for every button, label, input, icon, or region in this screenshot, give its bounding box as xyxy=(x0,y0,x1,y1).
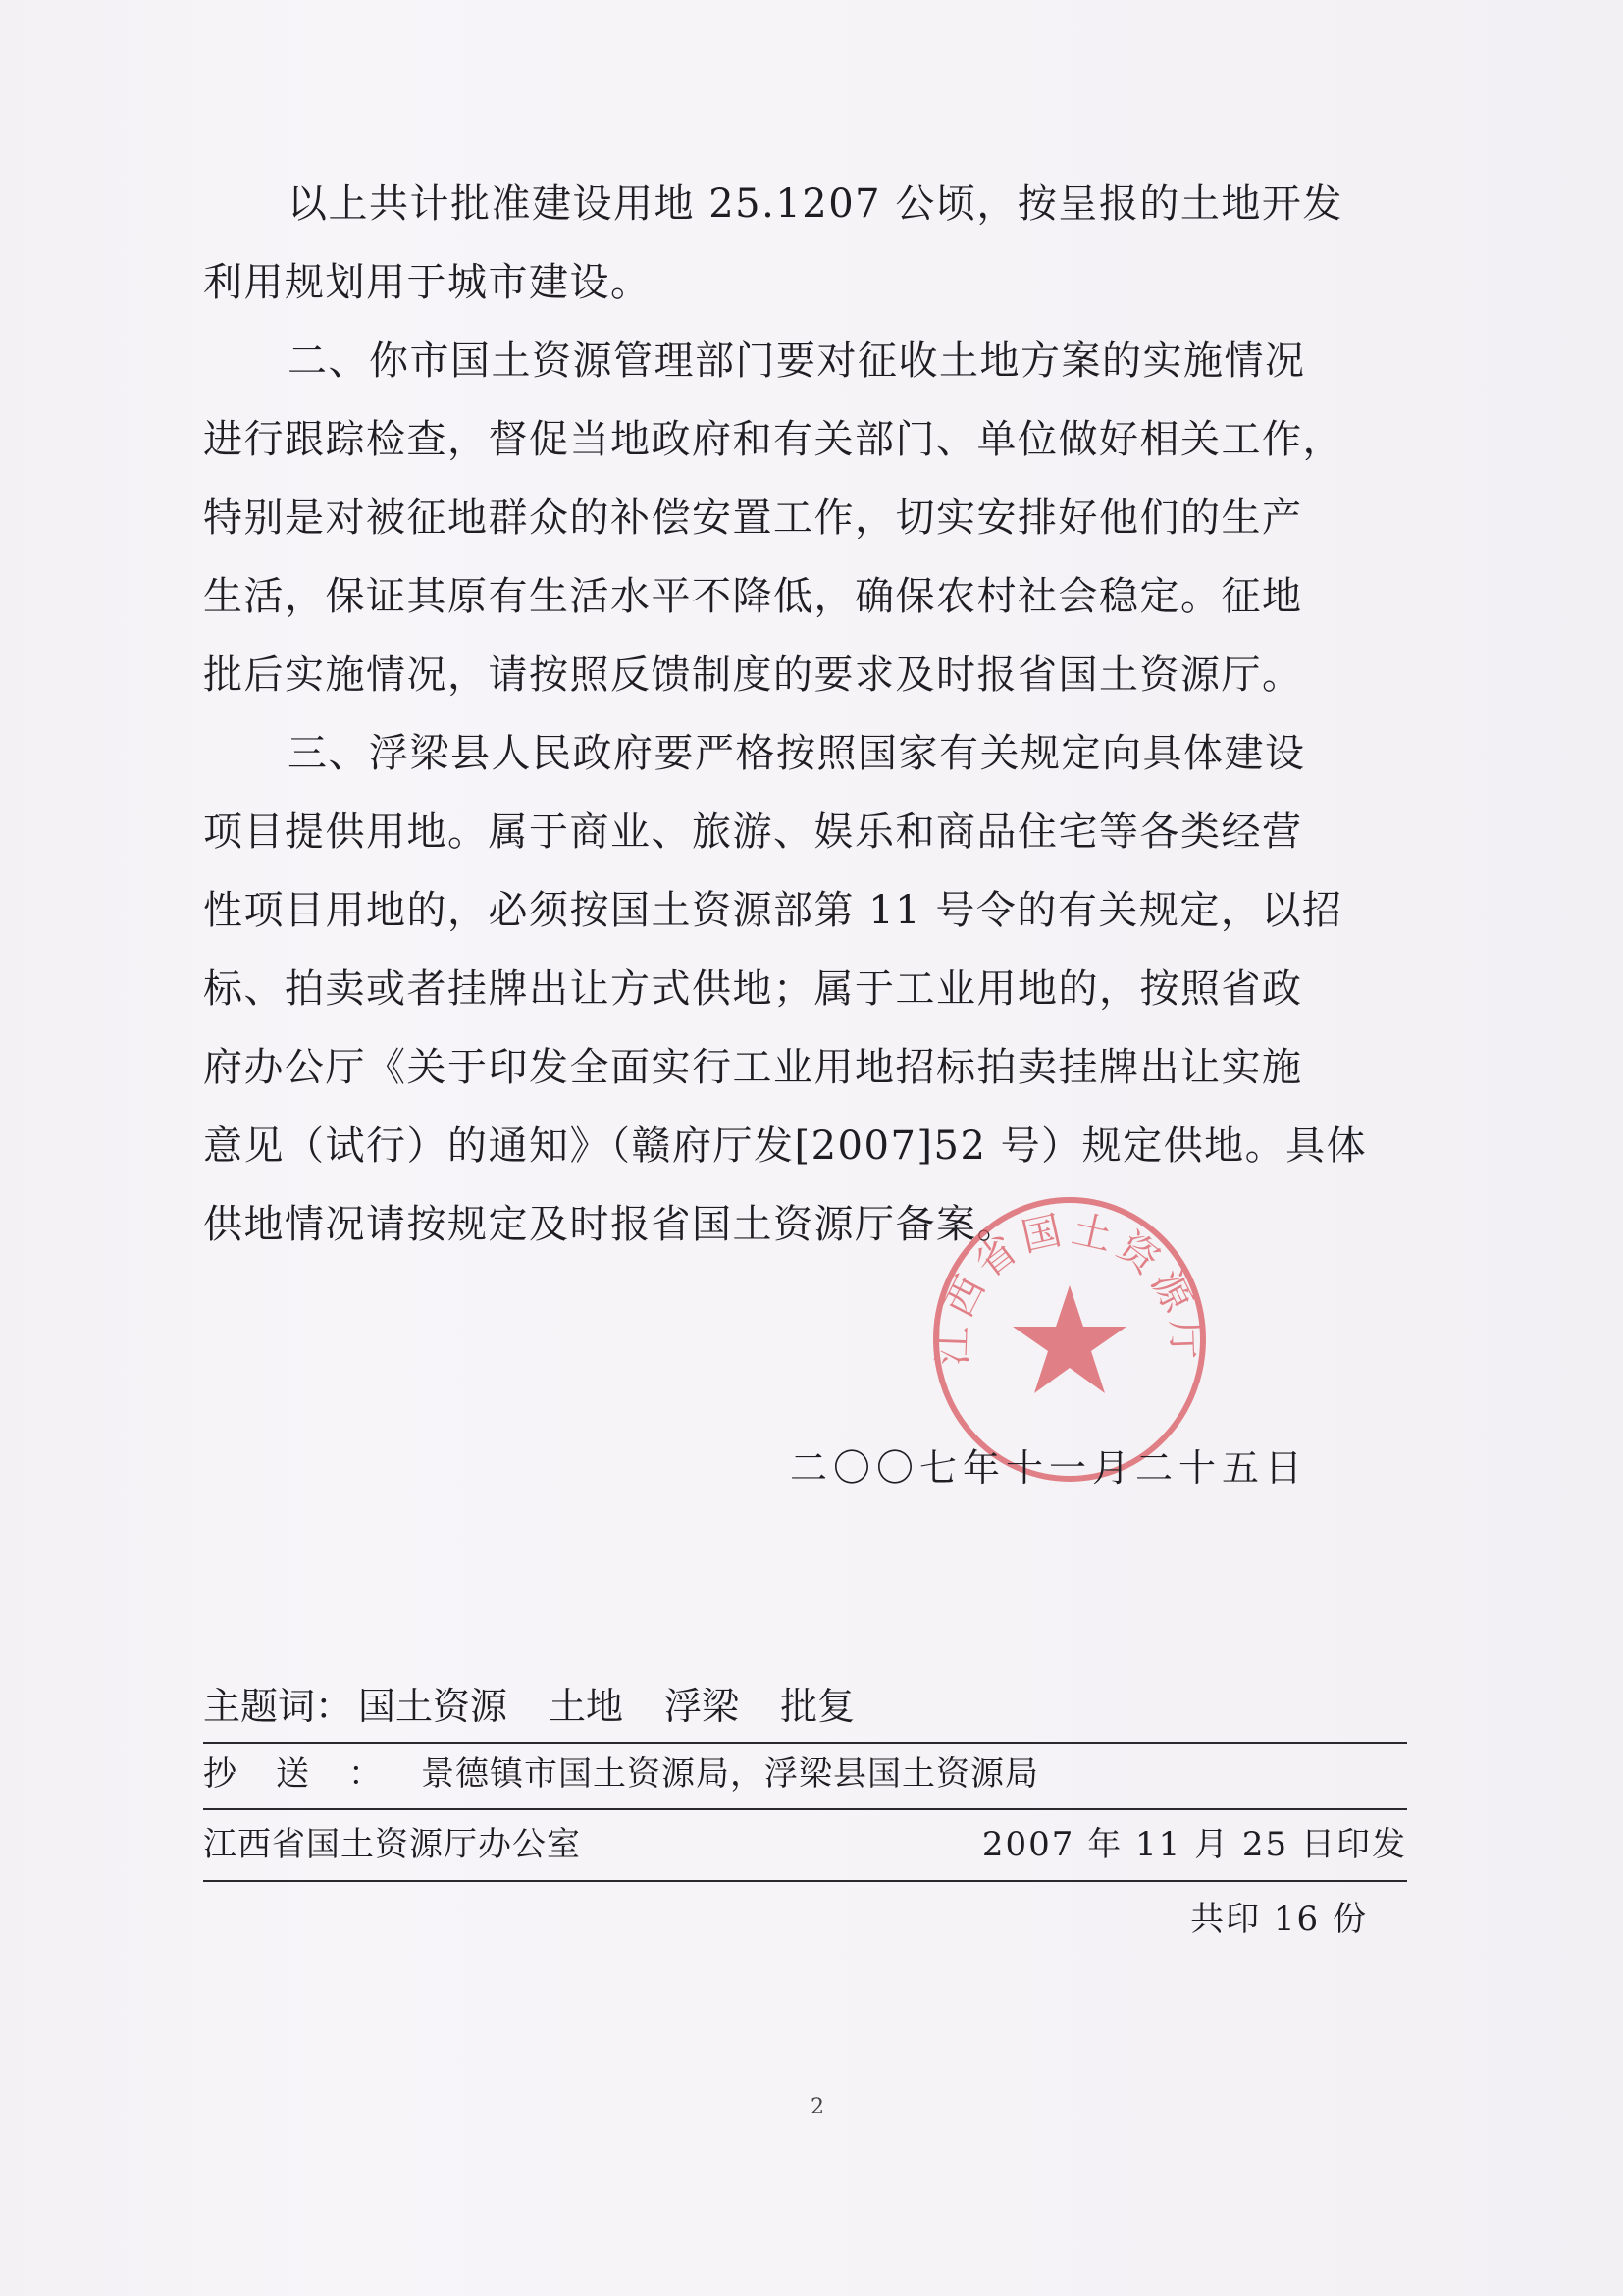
issuer-row: 江西省国土资源厅办公室 2007 年 11 月 25 日印发 xyxy=(203,1817,1407,1865)
issue-date: 2007 年 11 月 25 日印发 xyxy=(982,1817,1407,1865)
body-line: 生活，保证其原有生活水平不降低，确保农村社会稳定。征地 xyxy=(203,557,1398,636)
cc-label: 抄送： xyxy=(203,1754,421,1794)
body-line: 项目提供用地。属于商业、旅游、娱乐和商品住宅等各类经营 xyxy=(203,793,1398,871)
footer-divider xyxy=(203,1880,1407,1882)
keyword: 国土资源 xyxy=(358,1685,507,1728)
body-line: 供地情况请按规定及时报省国土资源厅备案。 xyxy=(203,1185,1398,1264)
body-line: 利用规划用于城市建设。 xyxy=(203,243,1398,322)
body-line: 进行跟踪检查，督促当地政府和有关部门、单位做好相关工作， xyxy=(203,400,1398,479)
body-line: 特别是对被征地群众的补偿安置工作，切实安排好他们的生产 xyxy=(203,479,1398,557)
copies-count: 共印 16 份 xyxy=(1190,1892,1368,1940)
body-line: 意见（试行）的通知》（赣府厅发[2007]52 号）规定供地。具体 xyxy=(203,1107,1398,1185)
body-line: 批后实施情况，请按照反馈制度的要求及时报省国土资源厅。 xyxy=(203,636,1398,714)
body-line: 府办公厅《关于印发全面实行工业用地招标拍卖挂牌出让实施 xyxy=(203,1028,1398,1107)
footer-divider xyxy=(203,1742,1407,1744)
document-page: 以上共计批准建设用地 25.1207 公顷，按呈报的土地开发 利用规划用于城市建… xyxy=(0,0,1623,2296)
star-icon xyxy=(1013,1285,1126,1393)
issuing-office: 江西省国土资源厅办公室 xyxy=(203,1825,581,1864)
keyword: 批复 xyxy=(780,1685,855,1728)
body-line: 性项目用地的，必须按国土资源部第 11 号令的有关规定，以招 xyxy=(203,871,1398,950)
keywords-row: 主题词：国土资源土地浮梁批复 xyxy=(203,1676,1407,1730)
body-line: 三、浮梁县人民政府要严格按照国家有关规定向具体建设 xyxy=(203,714,1398,793)
keyword: 土地 xyxy=(549,1685,623,1728)
footer-divider xyxy=(203,1808,1407,1810)
cc-row: 抄送：景德镇市国土资源局，浮梁县国土资源局 xyxy=(203,1747,1407,1795)
body-line: 标、拍卖或者挂牌出让方式供地；属于工业用地的，按照省政 xyxy=(203,950,1398,1028)
body-line: 以上共计批准建设用地 25.1207 公顷，按呈报的土地开发 xyxy=(203,165,1398,243)
document-body: 以上共计批准建设用地 25.1207 公顷，按呈报的土地开发 利用规划用于城市建… xyxy=(203,165,1398,1264)
cc-recipients: 景德镇市国土资源局，浮梁县国土资源局 xyxy=(421,1754,1039,1794)
signature-date: 二〇〇七年十一月二十五日 xyxy=(790,1437,1308,1491)
page-number: 2 xyxy=(811,2095,824,2119)
keywords-label: 主题词： xyxy=(203,1685,352,1728)
keyword: 浮梁 xyxy=(664,1685,739,1728)
body-line: 二、你市国土资源管理部门要对征收土地方案的实施情况 xyxy=(203,322,1398,400)
